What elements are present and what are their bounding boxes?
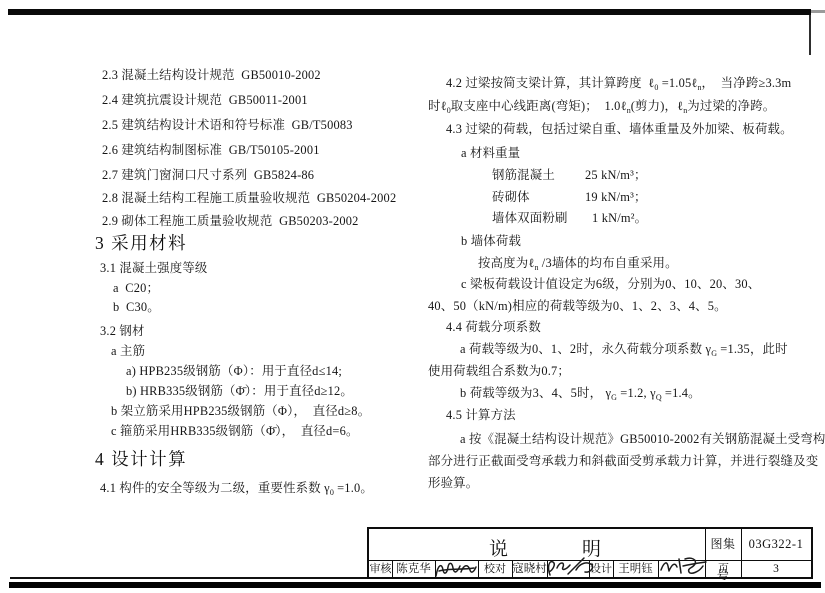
reviewer-label: 审核: [369, 561, 392, 577]
material-value: 19 kN/m³；: [585, 190, 647, 204]
title-block: 说明 图集号 03G322-1 审核 陈克华 校对 寇晓村 设计 王明钰 页 3: [367, 527, 813, 579]
clause-line: 形验算。: [428, 476, 478, 490]
atlas-number-label: 图集号: [705, 529, 741, 560]
material-value: 1 kN/m²。: [592, 211, 647, 225]
material-value: 25 kN/m³；: [585, 168, 647, 182]
material-name: 墙体双面粉刷: [492, 211, 568, 225]
scanned-sheet: 2.3 混凝土结构设计规范 GB50010-20022.4 建筑抗震设计规范 G…: [0, 0, 825, 593]
clause-line: 时ℓ0取支座中心线距离(弯矩)； 1.0ℓn(剪力)，ℓn为过梁的净跨。: [428, 99, 775, 115]
clause-line: b 墙体荷载: [461, 234, 521, 248]
clause-line: 4.2 过梁按简支梁计算，其计算跨度 ℓ0 =1.05ℓn， 当净跨≥3.3m: [446, 76, 791, 92]
designer-name: 王明钰: [613, 561, 658, 577]
clause-line: 4.3 过梁的荷载，包括过梁自重、墙体重量及外加梁、板荷载。: [446, 122, 793, 136]
clause-line: a 荷载等级为0、1、2时，永久荷载分项系数 γG =1.35，此时: [460, 342, 788, 358]
clause-line: 使用荷载组合系数为0.7；: [428, 364, 570, 378]
page-number: 3: [741, 561, 811, 577]
checker-name: 寇晓村: [512, 561, 547, 577]
clause-line: 部分进行正截面受弯承载力和斜截面受剪承载力计算，并进行裂缝及变: [428, 454, 818, 468]
right-text-column: 4.2 过梁按简支梁计算，其计算跨度 ℓ0 =1.05ℓn， 当净跨≥3.3m时…: [0, 0, 825, 593]
clause-line: 4.4 荷载分项系数: [446, 320, 541, 334]
clause-line: a 按《混凝土结构设计规范》GB50010-2002有关钢筋混凝土受弯构件: [460, 432, 825, 446]
clause-line: 4.5 计算方法: [446, 408, 516, 422]
clause-line: c 梁板荷载设计值设定为6级，分别为0、10、20、30、: [461, 277, 760, 291]
clause-line: a 材料重量: [461, 146, 520, 160]
reviewer-signature: [433, 558, 479, 582]
clause-line: b 荷载等级为3、4、5时， γG =1.2, γQ =1.4。: [460, 386, 701, 402]
clause-line: 40、50（kN/m)相应的荷载等级为0、1、2、3、4、5。: [428, 299, 727, 313]
checker-label: 校对: [478, 561, 512, 577]
material-name: 砖砌体: [492, 190, 530, 204]
designer-signature: [657, 554, 709, 581]
clause-line: 按高度为ℓn /3墙体的均布自重采用。: [478, 256, 678, 272]
page-label: 页: [706, 561, 741, 577]
atlas-number: 03G322-1: [741, 529, 811, 560]
material-name: 钢筋混凝土: [492, 168, 555, 182]
designer-label: 设计: [589, 561, 613, 577]
reviewer-name: 陈克华: [392, 561, 435, 577]
scan-edge-bottom-bar: [9, 582, 821, 588]
